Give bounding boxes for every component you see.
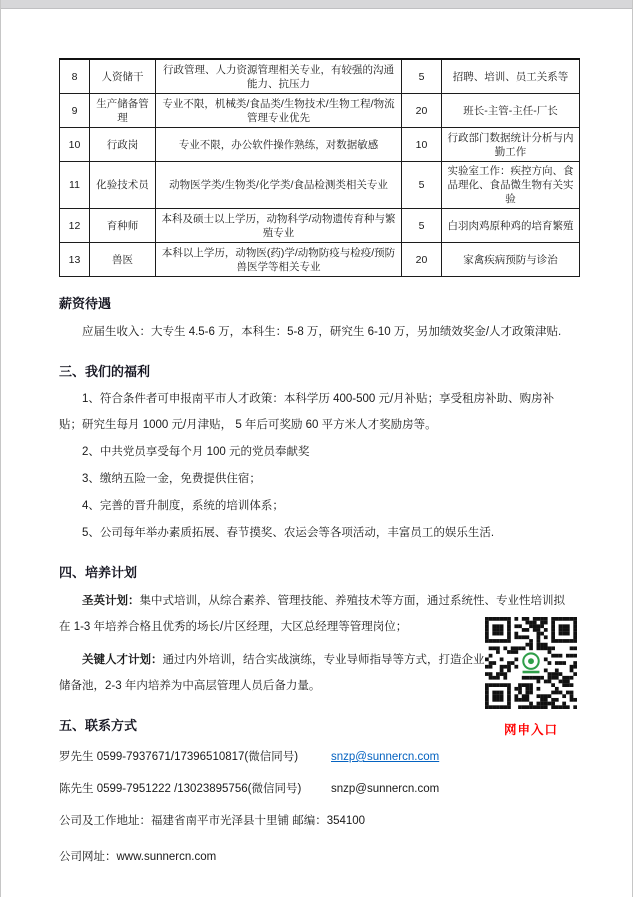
- job-requirements: 本科以上学历，动物医(药)学/动物防疫与检疫/预防兽医学等相关专业: [156, 243, 402, 277]
- job-table-body: 8人资储干行政管理、人力资源管理相关专业，有较强的沟通能力、抗压力5招聘、培训、…: [60, 59, 580, 277]
- welfare-item-1: 1、符合条件者可申报南平市人才政策：本科学历 400-500 元/月补贴；享受租…: [59, 386, 575, 438]
- job-requirements: 专业不限，机械类/食品类/生物技术/生物工程/物流管理专业优先: [156, 94, 402, 128]
- job-openings: 20: [402, 94, 442, 128]
- welfare-heading: 三、我们的福利: [59, 364, 575, 380]
- job-no: 11: [60, 162, 90, 209]
- job-table-row: 10行政岗专业不限，办公软件操作熟练，对数据敏感10行政部门数据统计分析与内勤工…: [60, 128, 580, 162]
- job-table-row: 9生产储备管理专业不限，机械类/食品类/生物技术/生物工程/物流管理专业优先20…: [60, 94, 580, 128]
- job-no: 13: [60, 243, 90, 277]
- email-link[interactable]: snzp@sunnercn.com: [331, 749, 439, 766]
- training-plan-shengying-lead: 圣英计划：: [82, 595, 140, 607]
- job-requirements: 专业不限，办公软件操作熟练，对数据敏感: [156, 128, 402, 162]
- job-table-row: 11化验技术员动物医学类/生物类/化学类/食品检测类相关专业5实验室工作：疾控方…: [60, 162, 580, 209]
- job-requirements: 行政管理、人力资源管理相关专业，有较强的沟通能力、抗压力: [156, 59, 402, 94]
- salary-body: 应届生收入：大专生 4.5-6 万，本科生：5-8 万，研究生 6-10 万，另…: [59, 319, 575, 345]
- contact-line-address: 公司及工作地址：福建省南平市光泽县十里铺 邮编：354100: [59, 813, 575, 830]
- job-openings: 5: [402, 162, 442, 209]
- job-openings: 20: [402, 243, 442, 277]
- salary-heading: 薪资待遇: [59, 296, 575, 312]
- page-top-edge: [1, 0, 632, 9]
- job-openings: 10: [402, 128, 442, 162]
- job-no: 9: [60, 94, 90, 128]
- job-title: 化验技术员: [90, 162, 156, 209]
- job-description: 班长-主管-主任-厂长: [442, 94, 580, 128]
- training-plan-key-talent-lead: 关键人才计划：: [82, 654, 163, 666]
- qr-label: 网申入口: [485, 720, 577, 738]
- job-no: 8: [60, 59, 90, 94]
- job-description: 实验室工作：疾控方向、食品理化、食品微生物有关实验: [442, 162, 580, 209]
- job-openings: 5: [402, 209, 442, 243]
- company-address: 公司及工作地址：福建省南平市光泽县十里铺 邮编：354100: [59, 813, 365, 830]
- contact-line-luo: 罗先生 0599-7937671/17396510817(微信同号) snzp@…: [59, 749, 575, 766]
- job-no: 10: [60, 128, 90, 162]
- company-website: 公司网址：www.sunnercn.com: [59, 849, 216, 866]
- welfare-item-5: 5、公司每年举办素质拓展、春节摸奖、农运会等各项活动，丰富员工的娱乐生活.: [59, 520, 575, 546]
- welfare-item-2: 2、中共党员享受每个月 100 元的党员奉献奖: [59, 439, 575, 465]
- contact-luo-phone: 罗先生 0599-7937671/17396510817(微信同号): [59, 749, 331, 766]
- welfare-item-4: 4、完善的晋升制度，系统的培训体系；: [59, 493, 575, 519]
- job-description: 行政部门数据统计分析与内勤工作: [442, 128, 580, 162]
- job-description: 家禽疾病预防与诊治: [442, 243, 580, 277]
- contact-line-chen: 陈先生 0599-7951222 /13023895756(微信同号) snzp…: [59, 781, 575, 798]
- job-table-row: 13兽医本科以上学历，动物医(药)学/动物防疫与检疫/预防兽医学等相关专业20家…: [60, 243, 580, 277]
- contact-chen-phone: 陈先生 0599-7951222 /13023895756(微信同号): [59, 781, 331, 798]
- job-title: 兽医: [90, 243, 156, 277]
- welfare-item-3: 3、缴纳五险一金，免费提供住宿；: [59, 466, 575, 492]
- job-table-row: 8人资储干行政管理、人力资源管理相关专业，有较强的沟通能力、抗压力5招聘、培训、…: [60, 59, 580, 94]
- job-description: 招聘、培训、员工关系等: [442, 59, 580, 94]
- job-description: 白羽肉鸡原种鸡的培育繁殖: [442, 209, 580, 243]
- job-openings: 5: [402, 59, 442, 94]
- qr-code[interactable]: [485, 617, 577, 709]
- contact-line-website: 公司网址：www.sunnercn.com: [59, 849, 575, 866]
- job-title: 生产储备管理: [90, 94, 156, 128]
- training-heading: 四、培养计划: [59, 565, 575, 581]
- job-title: 行政岗: [90, 128, 156, 162]
- job-table-row: 12育种师本科及硕士以上学历，动物科学/动物遗传育种与繁殖专业5白羽肉鸡原种鸡的…: [60, 209, 580, 243]
- email-text: snzp@sunnercn.com: [331, 781, 439, 798]
- job-requirements: 动物医学类/生物类/化学类/食品检测类相关专业: [156, 162, 402, 209]
- job-table: 8人资储干行政管理、人力资源管理相关专业，有较强的沟通能力、抗压力5招聘、培训、…: [59, 58, 580, 277]
- qr-application-block: 网申入口: [485, 617, 577, 738]
- job-title: 育种师: [90, 209, 156, 243]
- job-no: 12: [60, 209, 90, 243]
- job-requirements: 本科及硕士以上学历，动物科学/动物遗传育种与繁殖专业: [156, 209, 402, 243]
- job-title: 人资储干: [90, 59, 156, 94]
- document-page: 8人资储干行政管理、人力资源管理相关专业，有较强的沟通能力、抗压力5招聘、培训、…: [0, 0, 633, 897]
